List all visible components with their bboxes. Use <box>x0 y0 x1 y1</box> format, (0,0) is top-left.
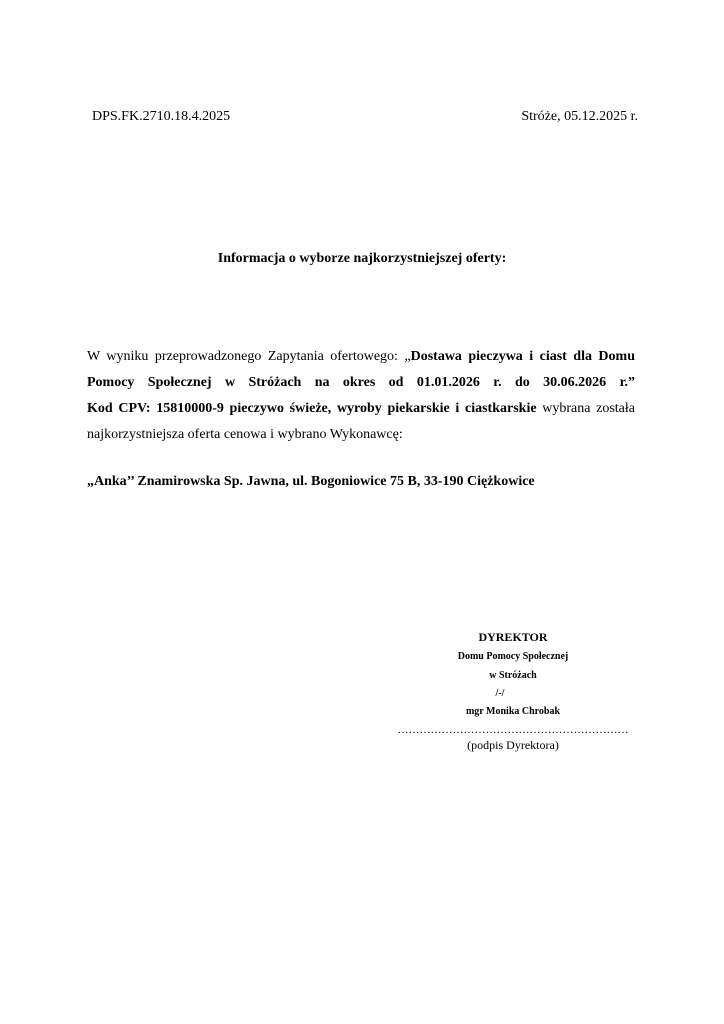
signature-institution: Domu Pomocy Społecznej <box>388 647 638 666</box>
signature-position: DYREKTOR <box>388 628 638 647</box>
body-line-1: W wyniku przeprowadzonego Zapytania ofer… <box>87 344 635 370</box>
cpv-code: Kod CPV: 15810000-9 pieczywo świeże, wyr… <box>87 401 537 416</box>
place-date: Stróże, 05.12.2025 r. <box>521 109 638 125</box>
body-line-3: Kod CPV: 15810000-9 pieczywo świeże, wyr… <box>87 396 635 422</box>
signature-line: ……………………………………………………… <box>388 723 638 737</box>
signature-location: w Stróżach <box>388 666 638 685</box>
signature-block: DYREKTOR Domu Pomocy Społecznej w Stróża… <box>388 628 638 753</box>
tender-title-cont: Pomocy Społecznej w Stróżach na okres od… <box>87 375 635 390</box>
body-paragraph: W wyniku przeprowadzonego Zapytania ofer… <box>87 344 635 448</box>
selected-contractor: „Anka’’ Znamirowska Sp. Jawna, ul. Bogon… <box>87 474 535 490</box>
tender-title: Dostawa pieczywa i ciast dla Domu <box>411 349 635 364</box>
reference-number: DPS.FK.2710.18.4.2025 <box>92 109 230 125</box>
body-text: najkorzystniejsza oferta cenowa i wybran… <box>87 427 403 442</box>
body-line-4: najkorzystniejsza oferta cenowa i wybran… <box>87 422 635 448</box>
body-text: wybrana została <box>537 401 635 416</box>
signature-name: mgr Monika Chrobak <box>388 702 638 721</box>
document-title: Informacja o wyborze najkorzystniejszej … <box>0 251 724 267</box>
signature-caption: (podpis Dyrektora) <box>388 737 638 753</box>
body-line-2: Pomocy Społecznej w Stróżach na okres od… <box>87 370 635 396</box>
signature-mark: /-/ <box>388 685 638 702</box>
body-text: W wyniku przeprowadzonego Zapytania ofer… <box>87 349 411 364</box>
